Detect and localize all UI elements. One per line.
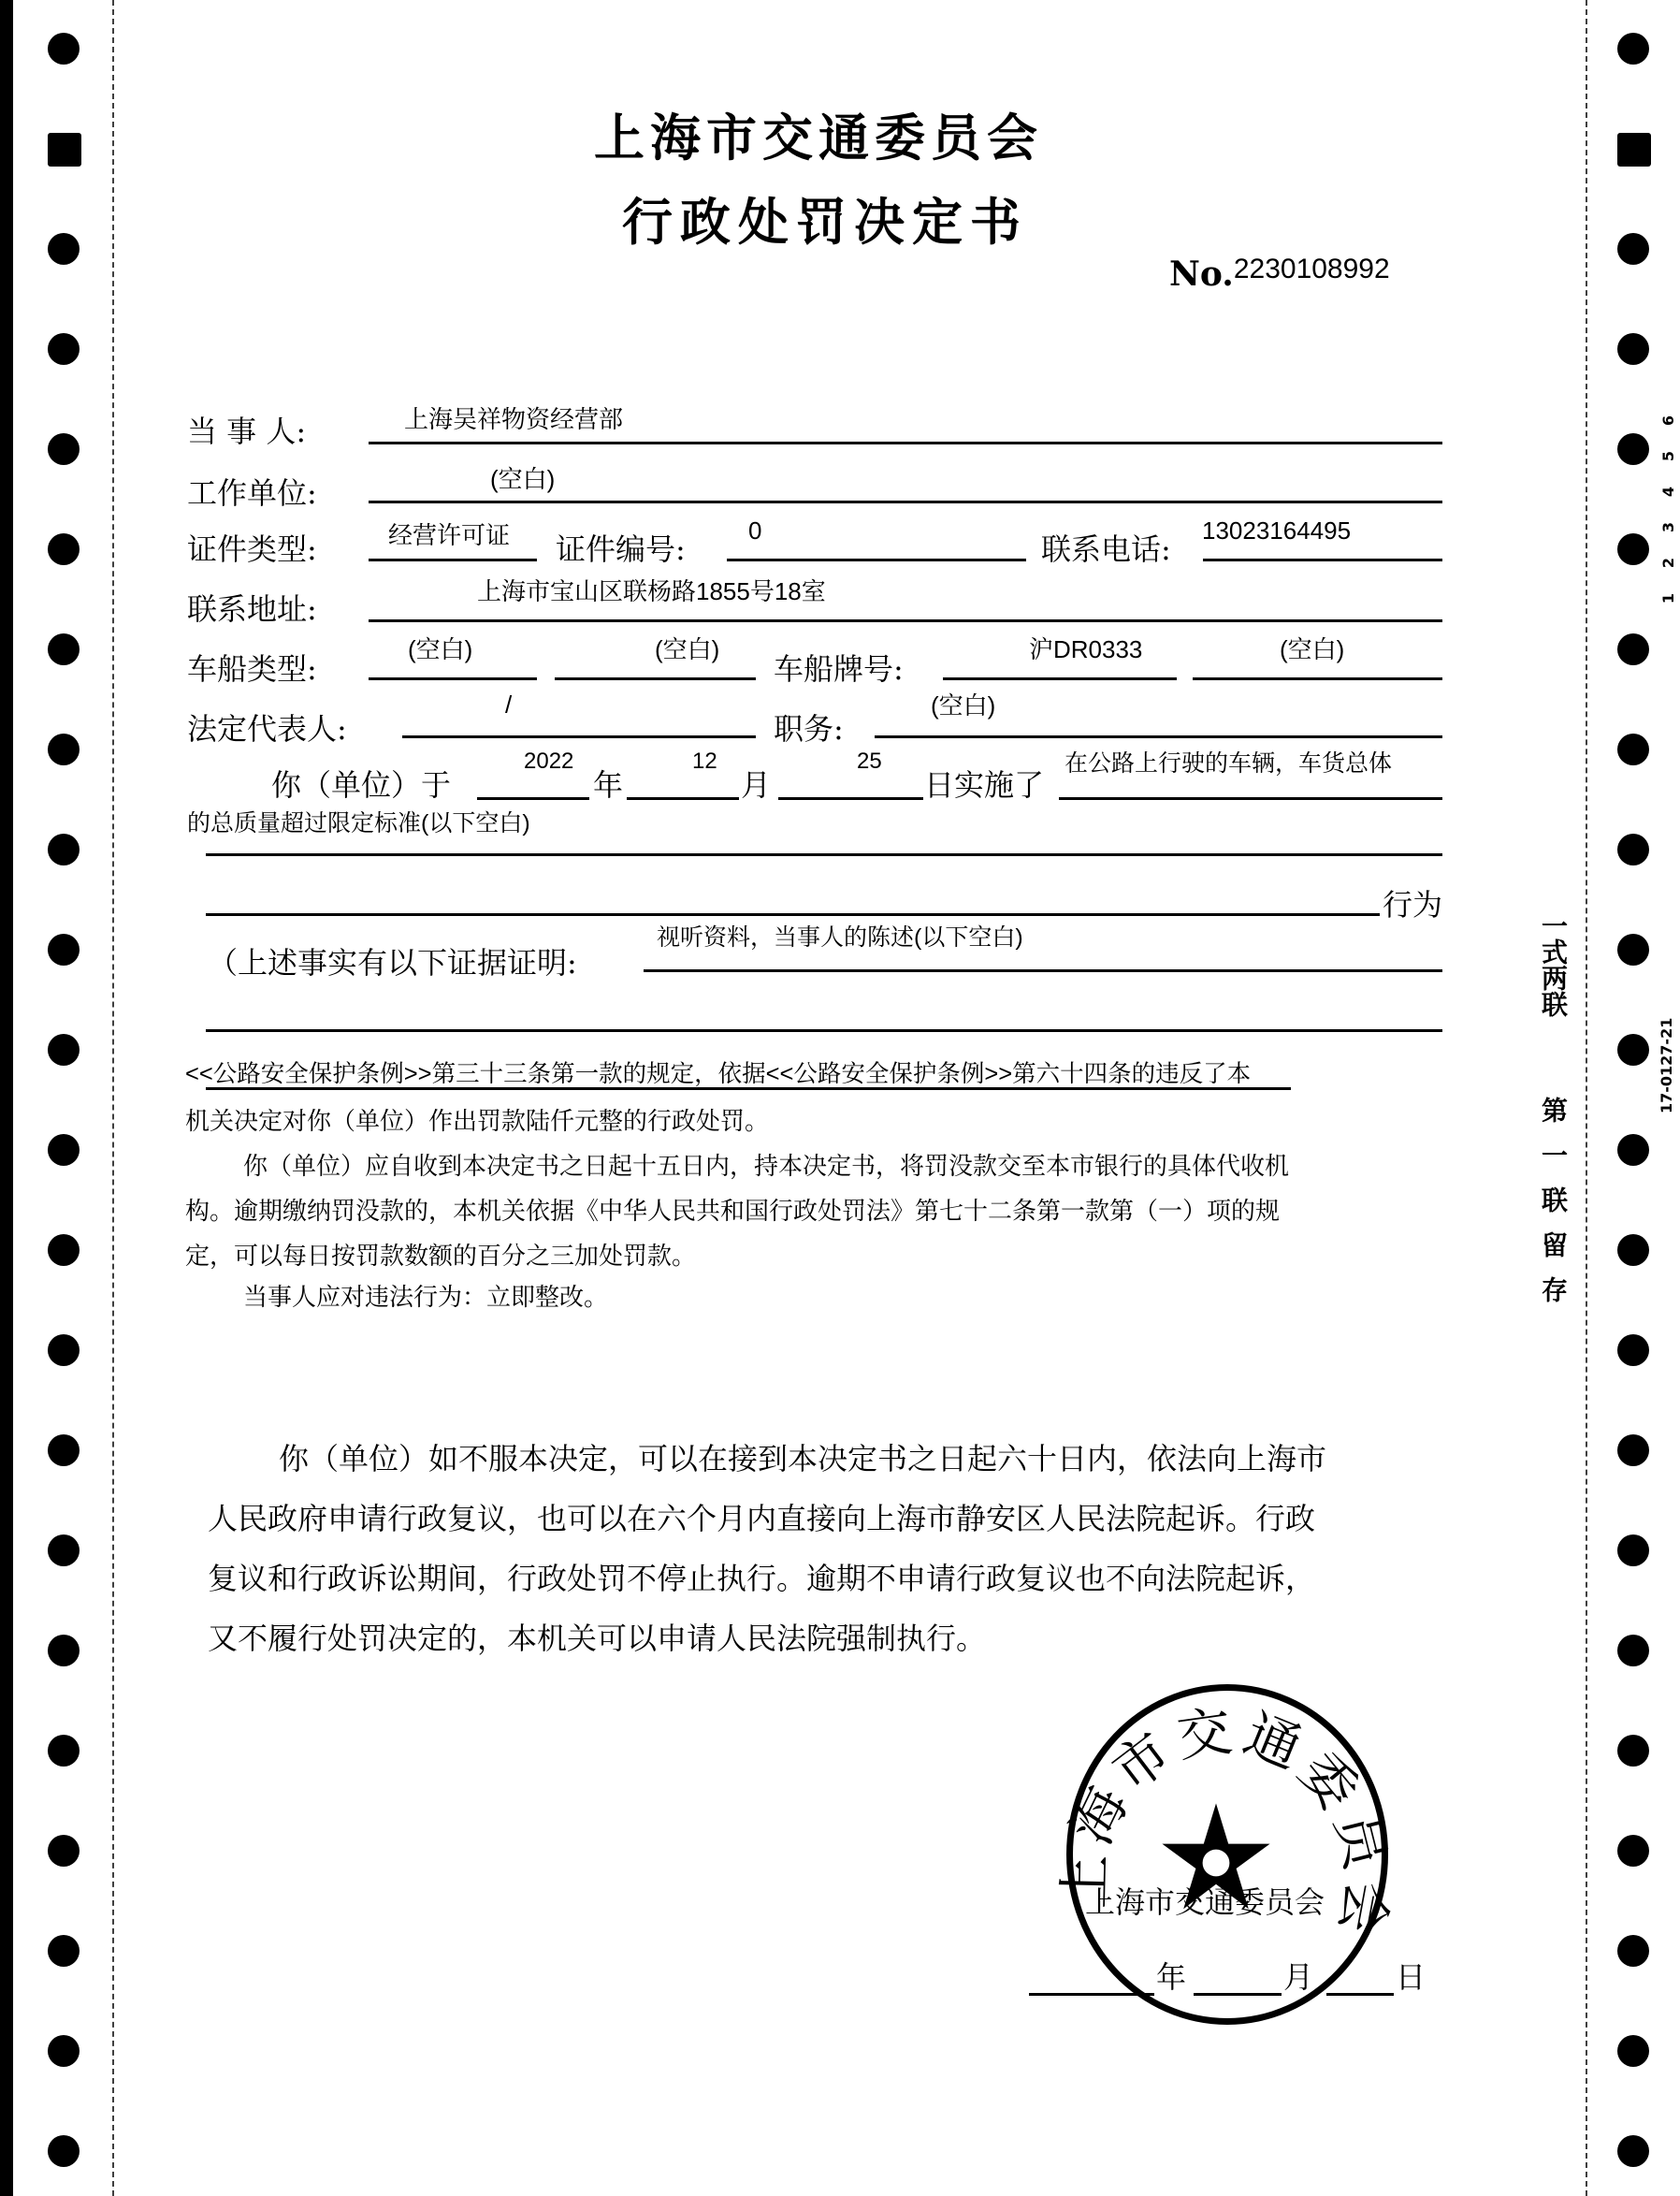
feed-hole: [1617, 2135, 1649, 2167]
feed-hole: [48, 2035, 80, 2067]
address-value: 上海市宝山区联杨路1855号18室: [477, 573, 826, 607]
month-line: [627, 797, 739, 800]
appeal-line-3: 复议和行政诉讼期间，行政处罚不停止执行。逾期不申请行政复议也不向法院起诉，: [208, 1555, 1315, 1598]
day-line: [778, 797, 923, 800]
number-label: No.: [1169, 255, 1234, 294]
vehicle-type-line-1: [369, 677, 537, 680]
feed-hole: [1617, 734, 1649, 765]
violation-description-2: 的总质量超过限定标准(以下空白): [187, 805, 530, 838]
violation-day: 25: [857, 749, 882, 775]
feed-hole: [1617, 633, 1649, 665]
law-citation-line: <<公路安全保护条例>>第三十三条第一款的规定，依据<<公路安全保护条例>>第六…: [185, 1055, 1251, 1089]
feed-hole: [48, 1635, 80, 1666]
vehicle-type-value-1: (空白): [408, 631, 472, 665]
feed-hole: [48, 1234, 80, 1266]
vehicle-type-line-2: [555, 677, 756, 680]
feed-hole: [1617, 934, 1649, 966]
legal-rep-label: 法定代表人:: [187, 705, 347, 749]
feed-hole: [1617, 433, 1649, 465]
year-line: [477, 797, 589, 800]
violation-month: 12: [692, 749, 717, 775]
id-type-label: 证件类型:: [187, 526, 317, 569]
payment-line-3: 定，可以每日按罚款数额的百分之三加处罚款。: [185, 1237, 696, 1272]
feed-hole: [48, 1735, 80, 1767]
correction-line: 当事人应对违法行为：立即整改。: [243, 1278, 608, 1313]
feed-hole: [48, 433, 80, 465]
description-line-2: [206, 853, 1442, 856]
feed-hole: [1617, 1935, 1649, 1967]
work-unit-label: 工作单位:: [187, 470, 317, 513]
id-number-line: [727, 559, 1026, 561]
feed-hole: [1617, 2035, 1649, 2067]
position-value: (空白): [931, 687, 995, 721]
ruler-number: 4: [1659, 487, 1677, 497]
id-type-value: 经营许可证: [388, 516, 510, 551]
feed-hole: [1617, 333, 1649, 365]
work-unit-line: [369, 501, 1442, 503]
description-line-1: [1059, 797, 1442, 800]
feed-hole: [48, 533, 80, 565]
phone-line: [1203, 559, 1442, 561]
feed-hole: [1617, 1234, 1649, 1266]
sig-year-line: [1029, 1993, 1154, 1996]
number-value: 2230108992: [1234, 254, 1390, 284]
ruler-number: 3: [1659, 522, 1677, 532]
document-number: No.2230108992: [1169, 255, 1390, 294]
document-title: 行政处罚决定书: [622, 182, 1028, 255]
address-label: 联系地址:: [187, 586, 317, 629]
sig-day-label: 日: [1396, 1954, 1426, 1997]
feed-hole: [48, 1534, 80, 1566]
feed-hole: [1617, 1635, 1649, 1666]
feed-hole: [1617, 1034, 1649, 1066]
sig-day-line: [1326, 1993, 1394, 1996]
vehicle-type-label: 车船类型:: [187, 646, 317, 689]
payment-line-1: 你（单位）应自收到本决定书之日起十五日内，持本决定书，将罚没款交至本市银行的具体…: [243, 1147, 1289, 1182]
feed-hole: [1617, 1735, 1649, 1767]
evidence-value: 视听资料，当事人的陈述(以下空白): [657, 919, 1023, 953]
signatory-name: 上海市交通委员会: [1085, 1879, 1325, 1922]
legal-rep-line: [402, 735, 756, 738]
ruler-number: 6: [1659, 415, 1677, 426]
feed-hole: [1617, 33, 1649, 65]
feed-hole: [48, 33, 80, 65]
plate-value-1: 沪DR0333: [1029, 631, 1142, 665]
phone-value: 13023164495: [1202, 516, 1351, 545]
feed-hole: [1617, 1835, 1649, 1867]
evidence-line-2: [206, 1029, 1442, 1032]
feed-hole: [48, 1334, 80, 1366]
phone-label: 联系电话:: [1041, 526, 1171, 569]
evidence-label: （上述事实有以下证据证明:: [208, 939, 577, 982]
form-code: 17-0127-21: [1658, 1018, 1675, 1113]
legal-rep-value: /: [505, 691, 512, 720]
sig-year-label: 年: [1156, 1954, 1186, 1997]
feed-hole: [48, 2135, 80, 2167]
description-line-3: [206, 913, 1380, 916]
organization-title: 上海市交通委员会: [594, 98, 1043, 170]
feed-hole: [1617, 1434, 1649, 1466]
id-number-value: 0: [748, 516, 761, 545]
month-label: 月: [741, 762, 771, 805]
address-line: [369, 619, 1442, 622]
position-line: [875, 735, 1442, 738]
appeal-line-2: 人民政府申请行政复议，也可以在六个月内直接向上海市静安区人民法院起诉。行政: [208, 1495, 1315, 1538]
feed-hole: [1617, 1534, 1649, 1566]
party-line: [369, 442, 1442, 444]
id-type-line: [369, 559, 537, 561]
party-value: 上海吴祥物资经营部: [404, 400, 623, 435]
feed-hole: [1617, 533, 1649, 565]
feed-hole: [48, 333, 80, 365]
plate-line-2: [1193, 677, 1442, 680]
feed-hole: [48, 633, 80, 665]
perforation-right: [1586, 0, 1587, 2196]
appeal-line-4: 又不履行处罚决定的，本机关可以申请人民法院强制执行。: [208, 1615, 986, 1658]
day-label: 日实施了: [924, 762, 1044, 805]
plate-label: 车船牌号:: [774, 646, 904, 689]
feed-hole: [48, 233, 80, 265]
violation-intro: 你（单位）于: [271, 762, 451, 805]
position-label: 职务:: [774, 705, 844, 749]
year-label: 年: [593, 762, 623, 805]
feed-hole: [48, 1835, 80, 1867]
ruler-number: 1: [1659, 593, 1677, 604]
feed-hole: [48, 834, 80, 865]
id-number-label: 证件编号:: [556, 526, 686, 569]
feed-hole: [48, 1434, 80, 1466]
violation-description-1: 在公路上行驶的车辆，车货总体: [1064, 745, 1392, 778]
ruler-number: 5: [1659, 451, 1677, 461]
feed-hole: [48, 1034, 80, 1066]
feed-hole: [48, 1935, 80, 1967]
ruler-number: 2: [1659, 558, 1677, 568]
feed-hole: [48, 1134, 80, 1166]
plate-value-2: (空白): [1280, 631, 1344, 665]
feed-hole: [1617, 233, 1649, 265]
square-feed-hole: [1617, 133, 1651, 167]
feed-hole: [48, 934, 80, 966]
appeal-line-1: 你（单位）如不服本决定，可以在接到本决定书之日起六十日内，依法向上海市: [279, 1435, 1326, 1478]
scan-edge-left: [0, 0, 13, 2196]
work-unit-value: (空白): [490, 460, 555, 495]
sig-month-label: 月: [1283, 1954, 1313, 1997]
feed-hole: [48, 734, 80, 765]
copy-note: 一式两联: [1534, 912, 1571, 1017]
penalty-line: 机关决定对你（单位）作出罚款陆仟元整的行政处罚。: [185, 1102, 769, 1137]
feed-hole: [1617, 1334, 1649, 1366]
law-citation-underline: [206, 1087, 1291, 1090]
square-feed-hole: [48, 133, 81, 167]
perforation-left: [112, 0, 114, 2196]
feed-hole: [1617, 1134, 1649, 1166]
feed-hole: [1617, 834, 1649, 865]
copy-id: 第一联留存: [1534, 1097, 1571, 1321]
party-label: 当 事 人:: [187, 408, 306, 451]
evidence-line: [644, 969, 1442, 972]
vehicle-type-value-2: (空白): [655, 631, 719, 665]
payment-line-2: 构。逾期缴纳罚没款的，本机关依据《中华人民共和国行政处罚法》第七十二条第一款第（…: [185, 1192, 1280, 1227]
plate-line-1: [943, 677, 1177, 680]
violation-year: 2022: [524, 749, 573, 775]
sig-month-line: [1194, 1993, 1282, 1996]
behavior-suffix: 行为: [1383, 881, 1442, 924]
